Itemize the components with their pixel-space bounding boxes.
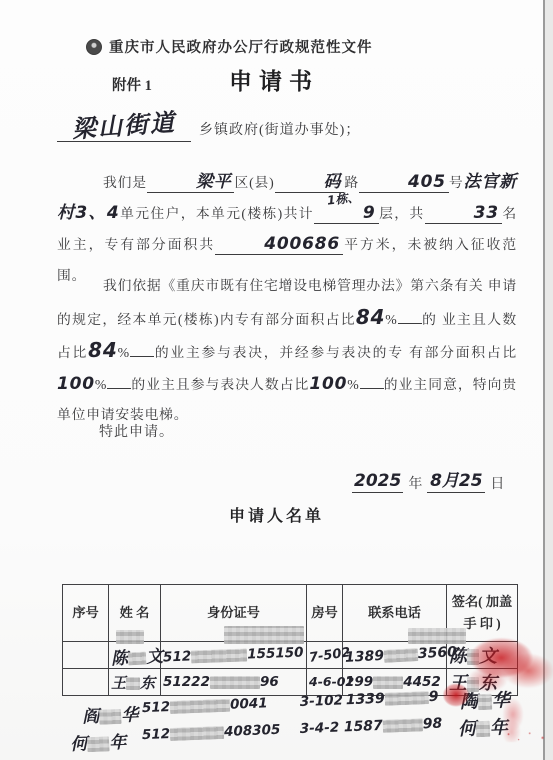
- cell-id: 5120041: [142, 695, 268, 716]
- p2-text: 单元住户，本单元(楼栋)共计: [120, 206, 314, 221]
- paragraph-vote-info: 我们依据《重庆市既有住宅增设电梯管理办法》第六条有关 申请的规定，经本单元(楼栋…: [57, 271, 517, 431]
- redaction-block: [116, 630, 144, 644]
- cell-signature: 陈文: [447, 642, 518, 669]
- building-note-handwritten: 1栋、: [326, 188, 360, 208]
- attachment-label: 附件 1: [112, 74, 152, 95]
- col-room: 房号: [307, 585, 343, 642]
- pct3-handwritten: 100: [57, 374, 95, 394]
- percent-sign: %: [118, 345, 130, 360]
- p2-text: 号: [449, 175, 464, 190]
- month-day-handwritten: 8月25: [430, 471, 483, 491]
- recipient-handwritten: 梁山街道: [71, 110, 177, 142]
- cell-signature: 何年: [457, 713, 508, 741]
- floors-handwritten: 9: [363, 203, 376, 223]
- cell-id: 512408305: [142, 722, 281, 743]
- owners-count-handwritten: 33: [474, 203, 499, 223]
- cell-room: 3-102: [300, 692, 344, 710]
- pct2-handwritten: 84: [88, 338, 117, 362]
- cell-room: 4-6-02: [307, 669, 343, 696]
- road-handwritten: 码: [324, 172, 342, 192]
- district-handwritten: 梁平: [196, 172, 232, 192]
- cell-id: 512155150: [161, 642, 307, 669]
- national-emblem-icon: [86, 39, 102, 55]
- percent-sign: %: [385, 312, 397, 327]
- year-label: 年: [408, 473, 422, 493]
- cell-phone: 13399: [346, 689, 439, 709]
- scan-edge-margin: [545, 0, 553, 760]
- document-header: 重庆市人民政府办公厅行政规范性文件: [86, 36, 373, 57]
- p2-text: 我们是: [103, 175, 147, 190]
- cell-id: 5122296: [161, 669, 307, 696]
- cell-name: 阎华: [82, 700, 139, 727]
- col-seq: 序号: [63, 585, 109, 642]
- cell-seq: [63, 642, 109, 669]
- cell-signature: 陶华: [459, 686, 510, 714]
- p2-text: 层，共: [379, 206, 425, 221]
- day-label: 日: [490, 473, 504, 493]
- pct1-handwritten: 84: [356, 305, 385, 329]
- closing-phrase: 特此申请。: [99, 421, 174, 441]
- cell-seq: [63, 669, 109, 696]
- salutation-line: 梁山街道 乡镇政府(街道办事处)；: [57, 114, 360, 142]
- table-row: 陈文 512155150 7-502 13893560 陈文: [63, 642, 518, 669]
- cell-name: 何年: [70, 728, 127, 755]
- issuing-org-line: 重庆市人民政府办公厅行政规范性文件: [109, 36, 373, 57]
- area-handwritten: 400686: [264, 234, 340, 254]
- cell-name: 陈文: [109, 642, 161, 669]
- cell-name: 王东: [109, 669, 161, 696]
- redaction-block: [408, 628, 466, 644]
- applicant-list-title: 申请人名单: [0, 503, 553, 526]
- percent-sign: %: [347, 377, 359, 392]
- redaction-block: [224, 626, 304, 644]
- cell-room: 3-4-2: [300, 720, 340, 738]
- street-number-handwritten: 405: [408, 172, 446, 192]
- p3-text: 的业主且参与表决人数占比: [131, 377, 309, 392]
- pct4-handwritten: 100: [309, 374, 347, 394]
- date-line: 2025 年 8月25 日: [352, 473, 504, 493]
- application-document-page: 重庆市人民政府办公厅行政规范性文件 附件 1 申请书 梁山街道 乡镇政府(街道办…: [0, 0, 553, 760]
- p3-text: 的业主参与表决，并经参与表决的专 有部分面积占比: [154, 345, 517, 360]
- cell-phone: 158798: [344, 716, 443, 736]
- cell-phone: 13893560: [343, 642, 447, 669]
- document-title: 申请书: [229, 63, 319, 96]
- percent-sign: %: [95, 377, 107, 392]
- recipient-printed: 乡镇政府(街道办事处)；: [199, 119, 360, 142]
- year-handwritten: 2025: [354, 471, 401, 491]
- p2-text: 区(县): [234, 175, 274, 190]
- cell-room: 7-502: [307, 642, 343, 669]
